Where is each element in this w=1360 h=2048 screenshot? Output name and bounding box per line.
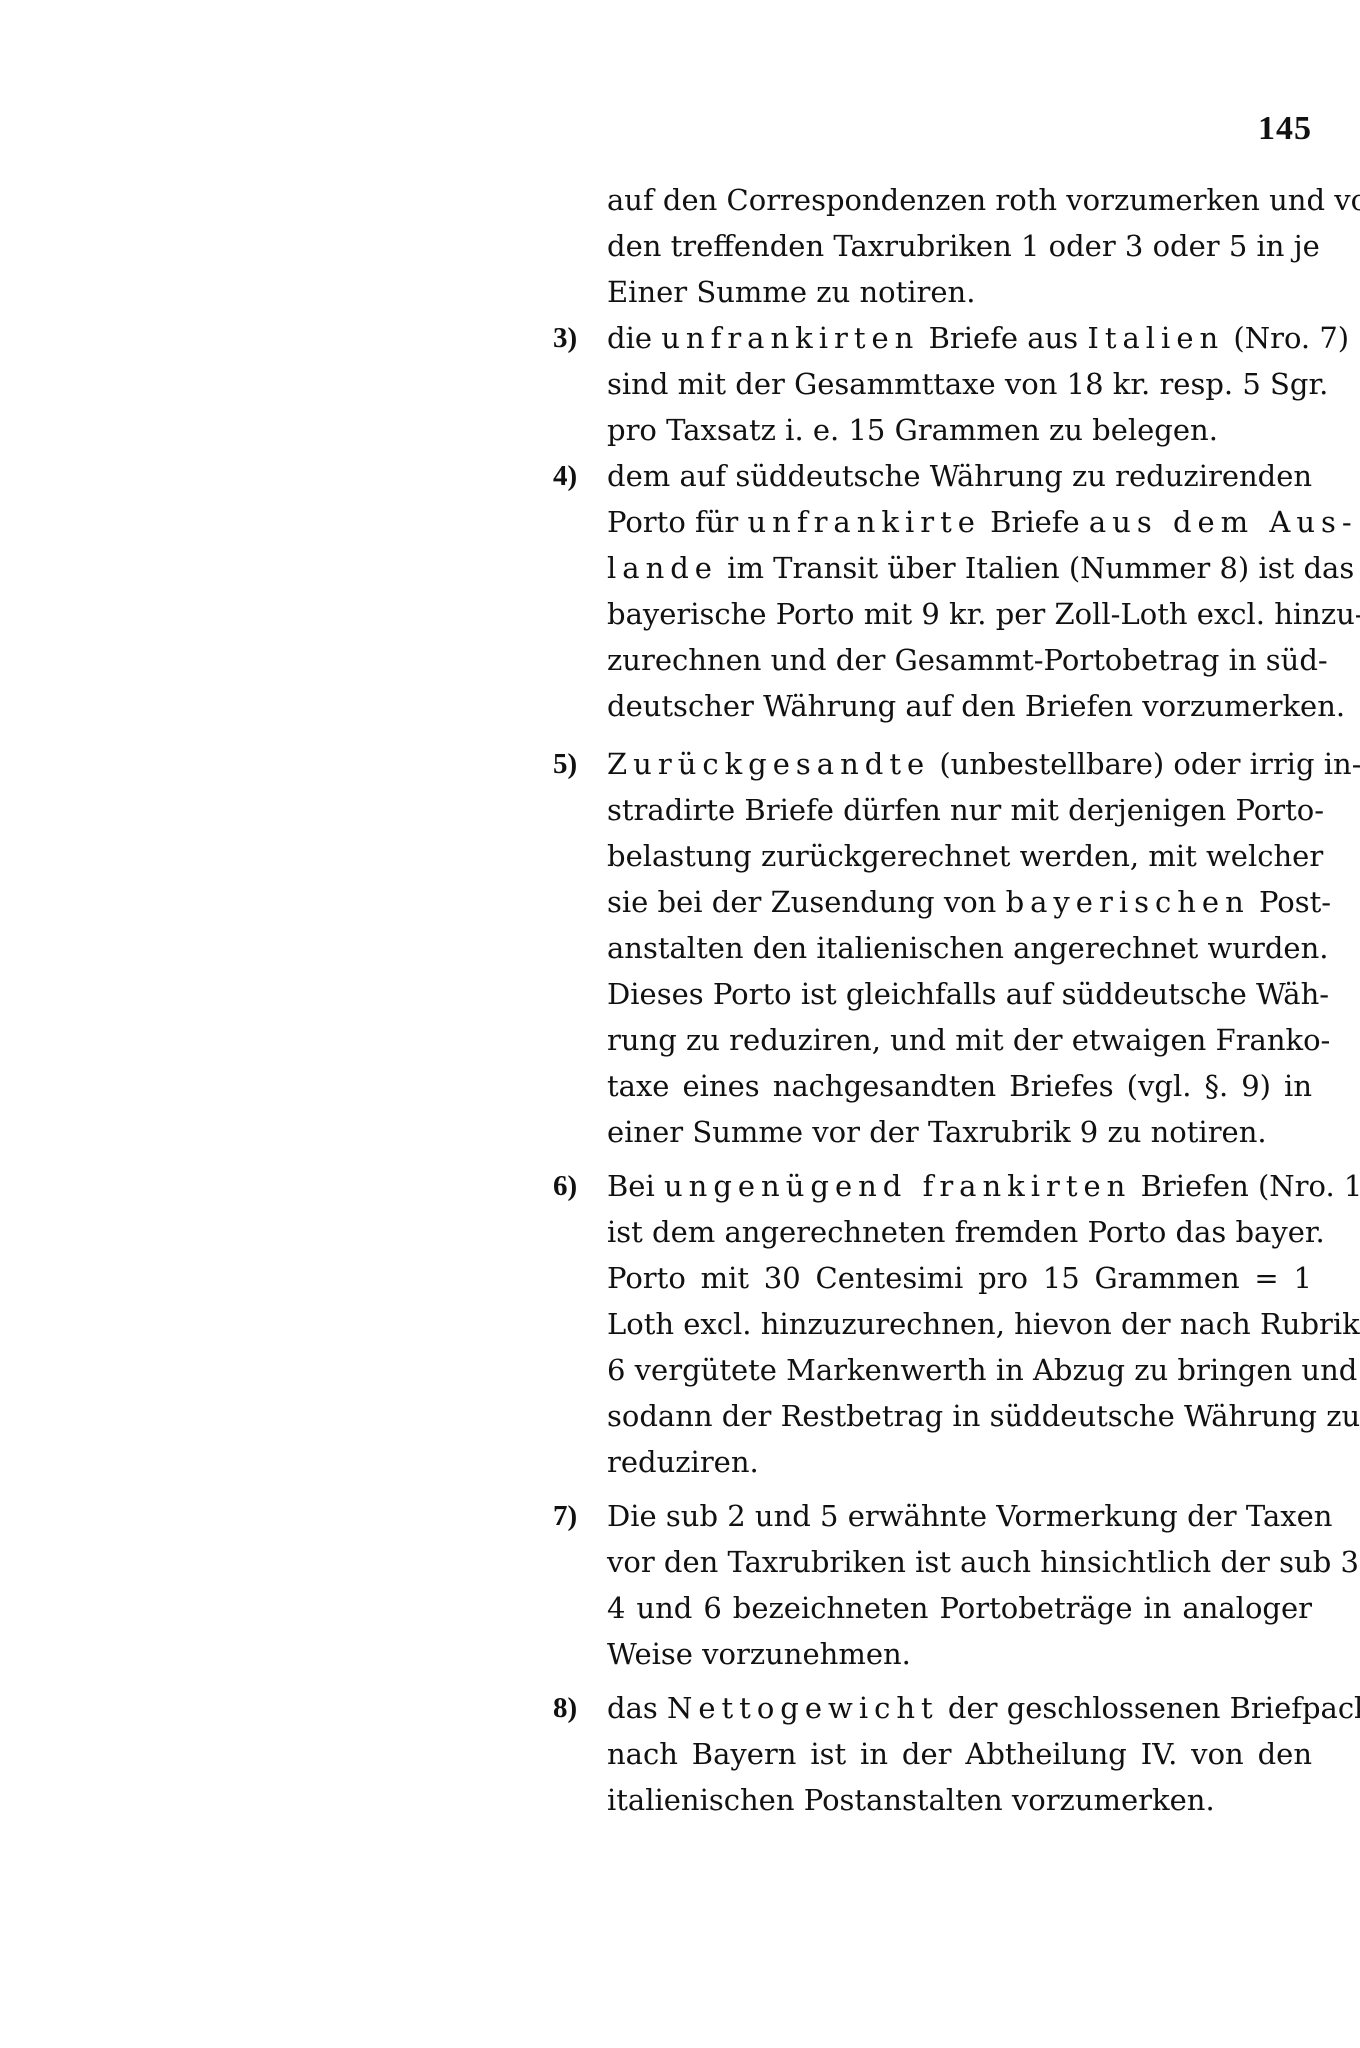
text-line: Einer Summe zu notiren.	[607, 270, 1312, 314]
text-segment: der geschlossenen Briefpackete	[939, 1691, 1360, 1725]
text-segment: rung zu reduziren, und mit der etwaigen …	[607, 1023, 1330, 1057]
text-line: ist dem angerechneten fremden Porto das …	[607, 1210, 1312, 1254]
text-line: sodann der Restbetrag in süddeutsche Wäh…	[607, 1394, 1312, 1438]
emphasized-text: Zurückgesandte	[607, 747, 930, 781]
text-line: vor den Taxrubriken ist auch hinsichtlic…	[607, 1540, 1312, 1584]
text-line: das Nettogewicht der geschlossenen Brief…	[607, 1686, 1312, 1730]
text-segment: zurechnen und der Gesammt-Portobetrag in…	[607, 643, 1328, 677]
text-segment: einer Summe vor der Taxrubrik 9 zu notir…	[607, 1115, 1267, 1149]
text-segment: pro Taxsatz i. e. 15 Grammen zu belegen.	[607, 413, 1218, 447]
emphasized-text: unfrankirte	[747, 505, 980, 539]
text-line: belastung zurückgerechnet werden, mit we…	[607, 834, 1312, 878]
text-segment: Loth excl. hinzuzurechnen, hievon der na…	[607, 1307, 1360, 1341]
text-segment: Die sub 2 und 5 erwähnte Vormerkung der …	[607, 1499, 1332, 1533]
emphasized-text: Nettogewicht	[667, 1691, 939, 1725]
text-segment: deutscher Währung auf den Briefen vorzum…	[607, 689, 1345, 723]
text-segment: Bei	[607, 1169, 664, 1203]
emphasized-text: aus dem Aus-	[1089, 505, 1358, 539]
emphasized-text: unfrankirten	[661, 321, 919, 355]
text-line: Porto mit 30 Centesimi pro 15 Grammen = …	[607, 1256, 1312, 1300]
text-segment: 6 vergütete Markenwerth in Abzug zu brin…	[607, 1353, 1357, 1387]
text-segment: (Nro. 7)	[1224, 321, 1349, 355]
emphasized-text: bayerischen	[1006, 885, 1250, 919]
text-line: die unfrankirten Briefe aus Italien (Nro…	[607, 316, 1312, 360]
text-line: anstalten den italienischen angerechnet …	[607, 926, 1312, 970]
text-segment: Porto mit 30 Centesimi pro 15 Grammen = …	[607, 1261, 1312, 1295]
text-segment: das	[607, 1691, 667, 1725]
text-segment: Briefe aus	[919, 321, 1087, 355]
text-segment: im Transit über Italien (Nummer 8) ist d…	[718, 551, 1354, 585]
page-number: 145	[1250, 110, 1312, 148]
text-line: den treffenden Taxrubriken 1 oder 3 oder…	[607, 224, 1312, 268]
text-segment: Einer Summe zu notiren.	[607, 275, 975, 309]
text-segment: stradirte Briefe dürfen nur mit derjenig…	[607, 793, 1324, 827]
text-segment: den treffenden Taxrubriken 1 oder 3 oder…	[607, 229, 1320, 263]
text-segment: Porto für	[607, 505, 747, 539]
text-segment: anstalten den italienischen angerechnet …	[607, 931, 1328, 965]
text-line: Die sub 2 und 5 erwähnte Vormerkung der …	[607, 1494, 1312, 1538]
emphasized-text: ungenügend frankirten	[664, 1169, 1131, 1203]
text-segment: bayerische Porto mit 9 kr. per Zoll-Loth…	[607, 597, 1360, 631]
text-segment: taxe eines nachgesandten Briefes (vgl. §…	[607, 1069, 1312, 1103]
text-segment: auf den Correspondenzen roth vorzumerken…	[607, 183, 1360, 217]
item-number: 6)	[553, 1164, 601, 1208]
text-segment: Weise vorzunehmen.	[607, 1637, 911, 1671]
text-line: lande im Transit über Italien (Nummer 8)…	[607, 546, 1312, 590]
text-line: einer Summe vor der Taxrubrik 9 zu notir…	[607, 1110, 1312, 1154]
text-segment: sie bei der Zusendung von	[607, 885, 1006, 919]
text-segment: die	[607, 321, 661, 355]
text-line: bayerische Porto mit 9 kr. per Zoll-Loth…	[607, 592, 1312, 636]
emphasized-text: Italien	[1087, 321, 1224, 355]
text-line: auf den Correspondenzen roth vorzumerken…	[607, 178, 1312, 222]
text-line: rung zu reduziren, und mit der etwaigen …	[607, 1018, 1312, 1062]
text-line: dem auf süddeutsche Währung zu reduziren…	[607, 454, 1312, 498]
emphasized-text: lande	[607, 551, 718, 585]
text-line: reduziren.	[607, 1440, 1312, 1484]
text-line: Bei ungenügend frankirten Briefen (Nro. …	[607, 1164, 1312, 1208]
text-line: nach Bayern ist in der Abtheilung IV. vo…	[607, 1732, 1312, 1776]
text-segment: sind mit der Gesammttaxe von 18 kr. resp…	[607, 367, 1328, 401]
text-segment: italienischen Postanstalten vorzumerken.	[607, 1783, 1215, 1817]
text-line: sind mit der Gesammttaxe von 18 kr. resp…	[607, 362, 1312, 406]
item-number: 7)	[553, 1494, 601, 1538]
text-line: 6 vergütete Markenwerth in Abzug zu brin…	[607, 1348, 1312, 1392]
text-line: taxe eines nachgesandten Briefes (vgl. §…	[607, 1064, 1312, 1108]
text-segment: Dieses Porto ist gleichfalls auf süddeut…	[607, 977, 1329, 1011]
text-segment: sodann der Restbetrag in süddeutsche Wäh…	[607, 1399, 1360, 1433]
text-line: Dieses Porto ist gleichfalls auf süddeut…	[607, 972, 1312, 1016]
text-segment: 4 und 6 bezeichneten Portobeträge in ana…	[607, 1591, 1312, 1625]
item-number: 8)	[553, 1686, 601, 1730]
text-line: zurechnen und der Gesammt-Portobetrag in…	[607, 638, 1312, 682]
text-line: italienischen Postanstalten vorzumerken.	[607, 1778, 1312, 1822]
text-segment: (unbestellbare) oder irrig in-	[930, 747, 1360, 781]
text-segment: Briefe	[981, 505, 1089, 539]
text-line: pro Taxsatz i. e. 15 Grammen zu belegen.	[607, 408, 1312, 452]
item-number: 4)	[553, 454, 601, 498]
text-line: Loth excl. hinzuzurechnen, hievon der na…	[607, 1302, 1312, 1346]
text-segment: Post-	[1250, 885, 1331, 919]
text-line: deutscher Währung auf den Briefen vorzum…	[607, 684, 1312, 728]
text-segment: dem auf süddeutsche Währung zu reduziren…	[607, 459, 1312, 493]
text-segment: nach Bayern ist in der Abtheilung IV. vo…	[607, 1737, 1312, 1771]
text-line: Zurückgesandte (unbestellbare) oder irri…	[607, 742, 1312, 786]
text-segment: reduziren.	[607, 1445, 759, 1479]
text-line: 4 und 6 bezeichneten Portobeträge in ana…	[607, 1586, 1312, 1630]
text-line: stradirte Briefe dürfen nur mit derjenig…	[607, 788, 1312, 832]
text-line: Porto für unfrankirte Briefe aus dem Aus…	[607, 500, 1312, 544]
text-line: Weise vorzunehmen.	[607, 1632, 1312, 1676]
text-segment: Briefen (Nro. 10)	[1131, 1169, 1360, 1203]
item-number: 5)	[553, 742, 601, 786]
text-line: sie bei der Zusendung von bayerischen Po…	[607, 880, 1312, 924]
text-segment: ist dem angerechneten fremden Porto das …	[607, 1215, 1325, 1249]
item-number: 3)	[553, 316, 601, 360]
text-segment: vor den Taxrubriken ist auch hinsichtlic…	[607, 1545, 1359, 1579]
text-segment: belastung zurückgerechnet werden, mit we…	[607, 839, 1323, 873]
